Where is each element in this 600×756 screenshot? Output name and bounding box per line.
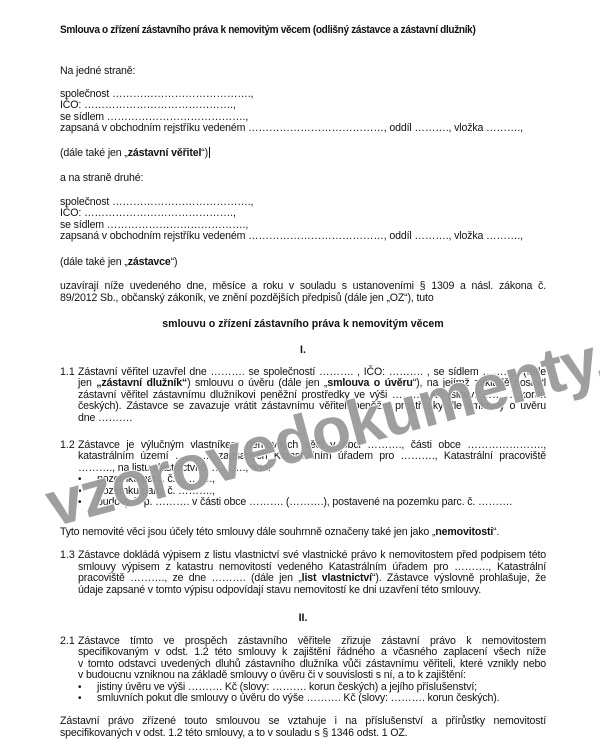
- list-item: budovy č. p. ………. v části obce ………. (…………: [97, 497, 546, 509]
- party2-register: zapsaná v obchodním rejstříku vedeném ………: [60, 231, 546, 243]
- clause-1-3-line: Zástavce dokládá výpisem z listu vlastni…: [78, 550, 546, 562]
- bullet-icon: •: [78, 486, 82, 498]
- clause-number: 1.1: [60, 367, 75, 379]
- party1-alias: (dále také jen „zástavní věřitel“): [60, 147, 546, 160]
- clause-1-2-line: katastrálním území ………., zapsaných Katas…: [78, 451, 546, 463]
- bullet-icon: •: [78, 693, 82, 705]
- bullet-icon: •: [78, 474, 82, 486]
- party1-ico: IČO: …………………………………….,: [60, 100, 546, 112]
- closing-line: Zástavní právo zřízené touto smlouvou se…: [60, 716, 546, 728]
- text-cursor: [209, 147, 210, 158]
- property-definition: Tyto nemovité věci jsou účely této smlou…: [60, 527, 546, 539]
- clause-1-3-line: pracoviště ………., ze dne ………. (dále jen „…: [78, 573, 546, 585]
- party1-intro: Na jedné straně:: [60, 66, 546, 78]
- clause-1-1-line: dne ……….: [78, 413, 546, 425]
- clause-2-1-line: v budoucnu vzniknou na základě smlouvy o…: [78, 670, 546, 682]
- party2-intro: a na straně druhé:: [60, 173, 546, 185]
- list-item: pozemku parc. č. ……….,: [97, 474, 546, 486]
- document-page: Smlouva o zřízení zástavního práva k nem…: [0, 0, 600, 756]
- list-item: smluvních pokut dle smlouvy o úvěru do v…: [97, 693, 546, 705]
- party1-register: zapsaná v obchodním rejstříku vedeném ………: [60, 123, 546, 135]
- clause-2-1-line: specifikovaným v odst. 1.2 této smlouvy …: [78, 647, 546, 659]
- section-1-heading: I.: [60, 344, 546, 356]
- clause-1-3-line: údaje zapsané v tomto výpisu odpovídají …: [78, 585, 546, 597]
- document-title: Smlouva o zřízení zástavního práva k nem…: [60, 24, 475, 36]
- clause-1-1-line: českých). Zástavce se zavazuje vrátit zá…: [78, 401, 546, 413]
- party2-ico: IČO: …………………………………….,: [60, 208, 546, 220]
- clause-number: 2.1: [60, 636, 75, 648]
- party2-alias: (dále také jen „zástavce“): [60, 257, 546, 269]
- bullet-icon: •: [78, 497, 82, 509]
- section-2-heading: II.: [60, 612, 546, 624]
- contract-heading: smlouvu o zřízení zástavního práva k nem…: [60, 318, 546, 330]
- bullet-icon: •: [78, 682, 82, 694]
- preamble-line: uzavírají níže uvedeného dne, měsíce a r…: [60, 281, 546, 293]
- preamble-line: 89/2012 Sb., občanský zákoník, ve znění …: [60, 293, 546, 305]
- closing-line: specifikovaných v odst. 1.2 této smlouvy…: [60, 728, 546, 740]
- clause-1-1-line: jen „zástavní dlužník“) smlouvu o úvěru …: [78, 378, 546, 390]
- clause-number: 1.2: [60, 440, 75, 452]
- clause-number: 1.3: [60, 550, 75, 562]
